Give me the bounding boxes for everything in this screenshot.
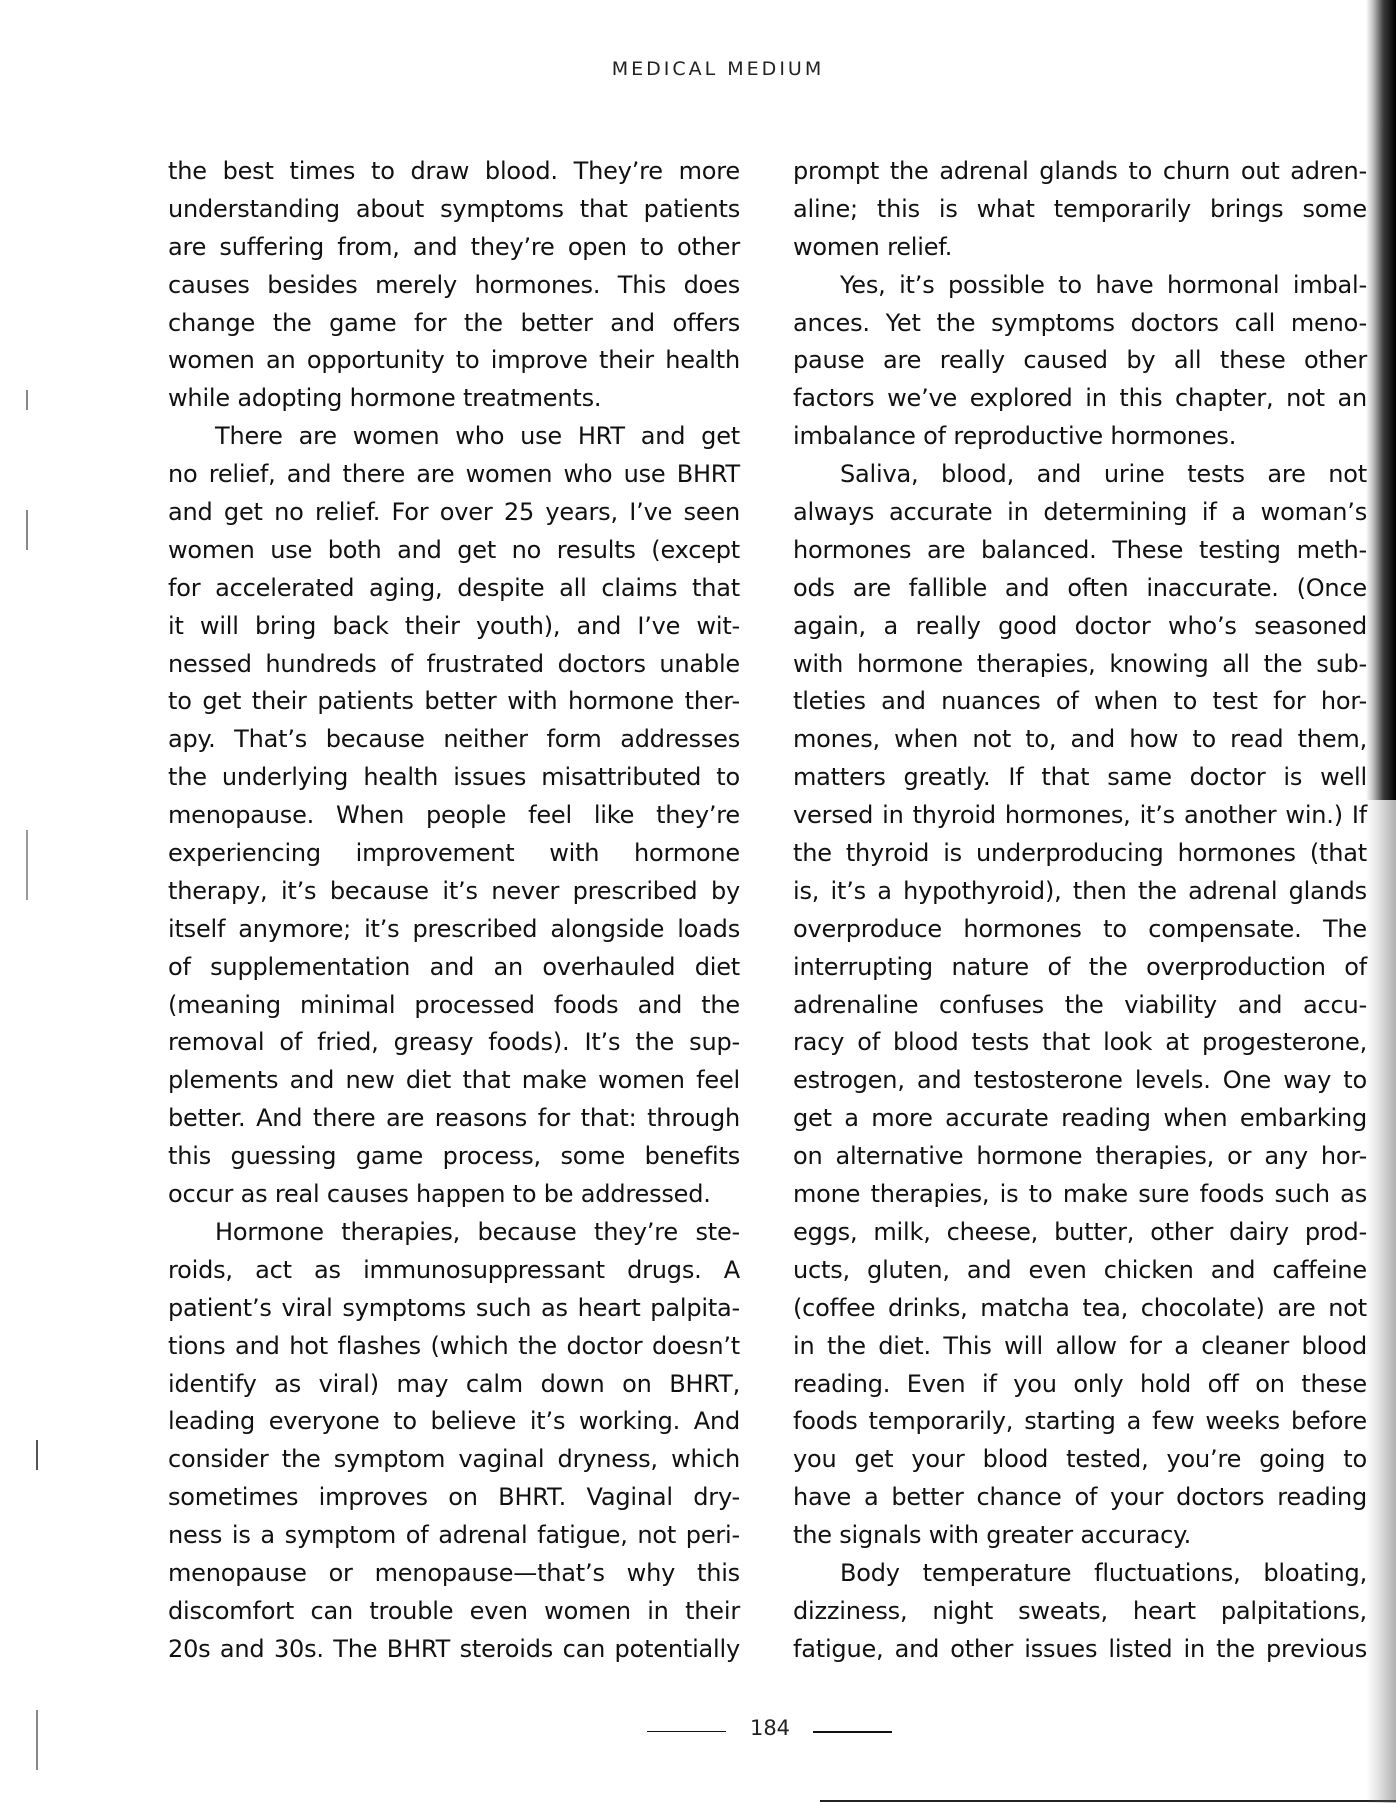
text-line: tions and hot flashes (which the doctor … xyxy=(168,1328,740,1366)
text-line: (meaning minimal processed foods and the xyxy=(168,987,740,1025)
text-line: Saliva, blood, and urine tests are not xyxy=(793,456,1367,494)
text-line: ness is a symptom of adrenal fatigue, no… xyxy=(168,1517,740,1555)
text-line: consider the symptom vaginal dryness, wh… xyxy=(168,1441,740,1479)
text-line: you get your blood tested, you’re going … xyxy=(793,1441,1367,1479)
text-line: nessed hundreds of frustrated doctors un… xyxy=(168,646,740,684)
text-line: occur as real causes happen to be addres… xyxy=(168,1176,740,1214)
text-line: tleties and nuances of when to test for … xyxy=(793,683,1367,721)
text-line: removal of fried, greasy foods). It’s th… xyxy=(168,1024,740,1062)
text-line: aline; this is what temporarily brings s… xyxy=(793,191,1367,229)
text-line: mones, when not to, and how to read them… xyxy=(793,721,1367,759)
text-line: identify as viral) may calm down on BHRT… xyxy=(168,1366,740,1404)
text-line: overproduce hormones to compensate. The xyxy=(793,911,1367,949)
right-column: prompt the adrenal glands to churn out a… xyxy=(793,153,1367,1669)
text-line: fatigue, and other issues listed in the … xyxy=(793,1631,1367,1669)
text-line: pause are really caused by all these oth… xyxy=(793,342,1367,380)
text-line: (coffee drinks, matcha tea, chocolate) a… xyxy=(793,1290,1367,1328)
text-line: ucts, gluten, and even chicken and caffe… xyxy=(793,1252,1367,1290)
text-line: experiencing improvement with hormone xyxy=(168,835,740,873)
text-line: women an opportunity to improve their he… xyxy=(168,342,740,380)
text-line: sometimes improves on BHRT. Vaginal dry- xyxy=(168,1479,740,1517)
scan-speck xyxy=(36,1440,38,1470)
text-line: with hormone therapies, knowing all the … xyxy=(793,646,1367,684)
scan-edge-line xyxy=(820,1800,1396,1802)
text-line: get a more accurate reading when embarki… xyxy=(793,1100,1367,1138)
text-line: the thyroid is underproducing hormones (… xyxy=(793,835,1367,873)
page-number: 184 xyxy=(745,1716,795,1740)
text-line: women use both and get no results (excep… xyxy=(168,532,740,570)
text-line: are suffering from, and they’re open to … xyxy=(168,229,740,267)
text-line: in the diet. This will allow for a clean… xyxy=(793,1328,1367,1366)
scan-shadow-edge xyxy=(1366,0,1396,800)
text-line: no relief, and there are women who use B… xyxy=(168,456,740,494)
text-line: Body temperature fluctuations, bloating, xyxy=(793,1555,1367,1593)
footer-rule-left xyxy=(647,1731,726,1732)
scan-speck xyxy=(26,830,28,900)
page-footer: 184 xyxy=(0,1716,1396,1746)
text-line: to get their patients better with hormon… xyxy=(168,683,740,721)
text-line: for accelerated aging, despite all claim… xyxy=(168,570,740,608)
text-line: plements and new diet that make women fe… xyxy=(168,1062,740,1100)
text-line: therapy, it’s because it’s never prescri… xyxy=(168,873,740,911)
text-line: dizziness, night sweats, heart palpitati… xyxy=(793,1593,1367,1631)
text-line: always accurate in determining if a woma… xyxy=(793,494,1367,532)
text-line: There are women who use HRT and get xyxy=(168,418,740,456)
text-line: estrogen, and testosterone levels. One w… xyxy=(793,1062,1367,1100)
text-line: ances. Yet the symptoms doctors call men… xyxy=(793,305,1367,343)
text-line: this guessing game process, some benefit… xyxy=(168,1138,740,1176)
text-line: women relief. xyxy=(793,229,1367,267)
scan-speck xyxy=(26,390,28,410)
text-line: the best times to draw blood. They’re mo… xyxy=(168,153,740,191)
text-line: interrupting nature of the overproductio… xyxy=(793,949,1367,987)
text-line: versed in thyroid hormones, it’s another… xyxy=(793,797,1367,835)
book-page: MEDICAL MEDIUM the best times to draw bl… xyxy=(0,0,1396,1803)
text-line: understanding about symptoms that patien… xyxy=(168,191,740,229)
text-line: better. And there are reasons for that: … xyxy=(168,1100,740,1138)
text-line: mone therapies, is to make sure foods su… xyxy=(793,1176,1367,1214)
text-line: 20s and 30s. The BHRT steroids can poten… xyxy=(168,1631,740,1669)
text-line: have a better chance of your doctors rea… xyxy=(793,1479,1367,1517)
text-line: Hormone therapies, because they’re ste- xyxy=(168,1214,740,1252)
text-line: hormones are balanced. These testing met… xyxy=(793,532,1367,570)
footer-rule-right xyxy=(813,1731,892,1733)
text-line: imbalance of reproductive hormones. xyxy=(793,418,1367,456)
text-line: Yes, it’s possible to have hormonal imba… xyxy=(793,267,1367,305)
scan-speck xyxy=(26,510,28,550)
text-line: racy of blood tests that look at progest… xyxy=(793,1024,1367,1062)
left-column: the best times to draw blood. They’re mo… xyxy=(168,153,740,1669)
text-line: prompt the adrenal glands to churn out a… xyxy=(793,153,1367,191)
text-line: patient’s viral symptoms such as heart p… xyxy=(168,1290,740,1328)
text-line: of supplementation and an overhauled die… xyxy=(168,949,740,987)
text-line: leading everyone to believe it’s working… xyxy=(168,1403,740,1441)
text-line: change the game for the better and offer… xyxy=(168,305,740,343)
running-header: MEDICAL MEDIUM xyxy=(0,58,1396,80)
text-line: reading. Even if you only hold off on th… xyxy=(793,1366,1367,1404)
text-line: the signals with greater accuracy. xyxy=(793,1517,1367,1555)
text-line: eggs, milk, cheese, butter, other dairy … xyxy=(793,1214,1367,1252)
text-line: menopause or menopause—that’s why this xyxy=(168,1555,740,1593)
scan-speck xyxy=(36,1710,38,1770)
text-line: is, it’s a hypothyroid), then the adrena… xyxy=(793,873,1367,911)
text-line: discomfort can trouble even women in the… xyxy=(168,1593,740,1631)
text-line: adrenaline confuses the viability and ac… xyxy=(793,987,1367,1025)
text-line: factors we’ve explored in this chapter, … xyxy=(793,380,1367,418)
text-line: the underlying health issues misattribut… xyxy=(168,759,740,797)
text-line: itself anymore; it’s prescribed alongsid… xyxy=(168,911,740,949)
text-line: while adopting hormone treatments. xyxy=(168,380,740,418)
text-line: ods are fallible and often inaccurate. (… xyxy=(793,570,1367,608)
text-line: again, a really good doctor who’s season… xyxy=(793,608,1367,646)
text-line: matters greatly. If that same doctor is … xyxy=(793,759,1367,797)
text-line: and get no relief. For over 25 years, I’… xyxy=(168,494,740,532)
scan-shadow-edge-lower xyxy=(1366,800,1396,1803)
text-line: menopause. When people feel like they’re xyxy=(168,797,740,835)
text-line: causes besides merely hormones. This doe… xyxy=(168,267,740,305)
text-line: apy. That’s because neither form address… xyxy=(168,721,740,759)
text-line: foods temporarily, starting a few weeks … xyxy=(793,1403,1367,1441)
text-line: roids, act as immunosuppressant drugs. A xyxy=(168,1252,740,1290)
text-line: on alternative hormone therapies, or any… xyxy=(793,1138,1367,1176)
text-line: it will bring back their youth), and I’v… xyxy=(168,608,740,646)
